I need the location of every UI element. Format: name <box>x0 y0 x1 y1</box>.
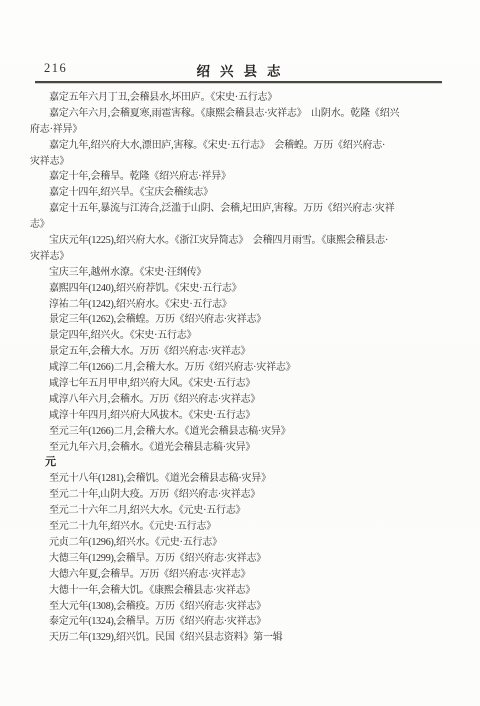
text-line: 景定三年(1262),会稽蝗。万历《绍兴府志·灾祥志》 <box>30 312 454 328</box>
text-line: 嘉熙四年(1240),绍兴府荐饥。《宋史·五行志》 <box>30 281 454 297</box>
text-line: 宝庆元年(1225),绍兴府大水。《浙江灾异简志》 会稽四月雨雪。《康熙会稽县志… <box>30 233 454 249</box>
text-line: 天历二年(1329),绍兴饥。民国《绍兴县志资料》第一辑 <box>30 630 454 646</box>
text-line: 府志·祥异》 <box>30 122 454 138</box>
text-line: 咸淳八年六月,会稽水。万历《绍兴府志·灾祥志》 <box>30 392 454 408</box>
text-line: 至元十八年(1281),会稽饥。《道光会稽县志稿·灾异》 <box>30 471 454 487</box>
text-line: 淳祐二年(1242),绍兴府水。《宋史·五行志》 <box>30 297 454 313</box>
header-rule-divider <box>35 81 442 83</box>
text-line: 至元二十年,山阴大疫。万历《绍兴府志·灾祥志》 <box>30 487 454 503</box>
text-line: 景定五年,会稽大水。万历《绍兴府志·灾祥志》 <box>30 344 454 360</box>
text-line: 泰定元年(1324),会稽旱。万历《绍兴府志·灾祥志》 <box>30 614 454 630</box>
text-line: 嘉定十四年,绍兴旱。《宝庆会稽续志》 <box>30 185 454 201</box>
text-line: 志》 <box>30 217 454 233</box>
text-line: 至元三年(1266)二月,会稽大水。《道光会稽县志稿·灾异》 <box>30 424 454 440</box>
text-line: 嘉定十年,会稽旱。乾隆《绍兴府志·祥异》 <box>30 169 454 185</box>
page-header: 216 绍兴县志 <box>35 58 442 82</box>
text-line: 嘉定九年,绍兴府大水,漂田庐,害稼。《宋史·五行志》 会稽蝗。万历《绍兴府志· <box>30 138 454 154</box>
text-line: 大德六年夏,会稽旱。万历《绍兴府志·灾祥志》 <box>30 567 454 583</box>
text-line: 嘉定五年六月丁丑,会稽县水,坏田庐。《宋史·五行志》 <box>30 90 454 106</box>
text-line: 至元九年六月,会稽水。《道光会稽县志稿·灾异》 <box>30 440 454 456</box>
text-line: 嘉定六年六月,会稽夏寒,雨雹害稼。《康熙会稽县志·灾祥志》 山阴水。乾隆《绍兴 <box>30 106 454 122</box>
text-line: 宝庆三年,越州水潦。《宋史·汪纲传》 <box>30 265 454 281</box>
text-line: 咸淳十年四月,绍兴府大风拔木。《宋史·五行志》 <box>30 408 454 424</box>
section-heading: 元 <box>30 455 454 471</box>
text-line: 咸淳七年五月甲申,绍兴府大风。《宋史·五行志》 <box>30 376 454 392</box>
text-line: 嘉定十五年,暴流与江涛合,泛滥于山阴、会稽,圮田庐,害稼。万历《绍兴府志·灾祥 <box>30 201 454 217</box>
text-line: 咸淳二年(1266)二月,会稽大水。万历《绍兴府志·灾祥志》 <box>30 360 454 376</box>
text-line: 至元二十六年二月,绍兴大水。《元史·五行志》 <box>30 503 454 519</box>
text-line: 灾祥志》 <box>30 249 454 265</box>
text-line: 元贞二年(1296),绍兴水。《元史·五行志》 <box>30 535 454 551</box>
text-line: 至大元年(1308),会稽疫。万历《绍兴府志·灾祥志》 <box>30 599 454 615</box>
scanned-book-page: 216 绍兴县志 嘉定五年六月丁丑,会稽县水,坏田庐。《宋史·五行志》嘉定六年六… <box>0 0 480 706</box>
book-title: 绍兴县志 <box>35 60 442 80</box>
text-line: 灾祥志》 <box>30 154 454 170</box>
text-line: 大德十一年,会稽大饥。《康熙会稽县志·灾祥志》 <box>30 583 454 599</box>
text-line: 至元二十九年,绍兴水。《元史·五行志》 <box>30 519 454 535</box>
text-line: 大德三年(1299),会稽旱。万历《绍兴府志·灾祥志》 <box>30 551 454 567</box>
page-body: 嘉定五年六月丁丑,会稽县水,坏田庐。《宋史·五行志》嘉定六年六月,会稽夏寒,雨雹… <box>30 90 454 646</box>
text-line: 景定四年,绍兴火。《宋史·五行志》 <box>30 328 454 344</box>
